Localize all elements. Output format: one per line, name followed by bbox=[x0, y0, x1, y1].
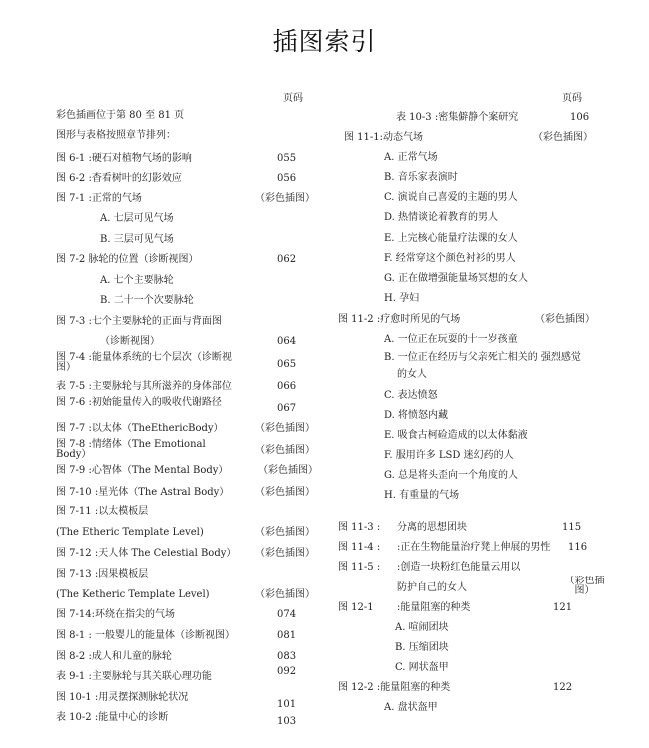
entry-page: （彩色插图） bbox=[255, 527, 315, 539]
entry-page: 066 bbox=[277, 381, 296, 393]
entry-page: 106 bbox=[570, 112, 589, 124]
entry-sub-label: C. 网状盔甲 bbox=[395, 662, 449, 674]
entry-sub-label: B. 一位正在经历与父亲死亡相关的 强烈感觉 bbox=[384, 352, 581, 364]
entry-page: 092 bbox=[277, 666, 296, 678]
entry-sub-label: 的女人 bbox=[397, 369, 427, 381]
entry-page: （彩色插图） bbox=[255, 193, 315, 205]
entry-sub-label: C. 演说自己喜爱的主题的男人 bbox=[384, 192, 518, 204]
entry-label: 图 11-2 :疗愈时所见的气场 bbox=[338, 314, 460, 326]
entry-sub-label: G. 总是将头歪向一个角度的人 bbox=[384, 470, 518, 482]
entry-sub-label: G. 正在做增强能量场冥想的女人 bbox=[384, 273, 528, 285]
entry-page: （彩色插图） bbox=[258, 465, 318, 477]
entry-label: (The Ketheric Template Level) bbox=[56, 589, 210, 601]
entry-page: 074 bbox=[277, 609, 296, 621]
entry-page: 081 bbox=[277, 630, 296, 642]
entry-page: 083 bbox=[277, 651, 296, 663]
entry-sub-label: B. 音乐家表演时 bbox=[384, 172, 458, 184]
entry-sub-label: A. 七层可见气场 bbox=[100, 213, 174, 225]
entry-label: 图 7-14:环绕在指尖的气场 bbox=[56, 609, 175, 621]
entry-label: 图 7-13 :因果模板层 bbox=[56, 569, 148, 581]
entry-page: （彩色插图） bbox=[255, 548, 315, 560]
entry-desc: :能量阻塞的种类 bbox=[397, 602, 470, 614]
entry-label: 图 7-9 :心智体（The Mental Body） bbox=[56, 465, 228, 477]
entry-page: （彩色插图） bbox=[255, 445, 315, 457]
entry-label: 图 7-10 :星光体（The Astral Body） bbox=[56, 487, 229, 499]
entry-sub-label: F. 服用许多 LSD 迷幻药的人 bbox=[384, 450, 514, 462]
intro-order-note: 图形与表格按照章节排列： bbox=[56, 130, 176, 142]
entry-sub-label: A. 盘状盔甲 bbox=[384, 702, 438, 714]
entry-label: 图 10-1 :用灵摆探测脉轮状况 bbox=[56, 692, 188, 704]
entry-page: （彩色插图） bbox=[533, 132, 593, 144]
entry-page: （彩色插图） bbox=[535, 314, 595, 326]
entry-label: 图 7-2 脉轮的位置（诊断视图） bbox=[56, 254, 198, 266]
entry-page: 103 bbox=[277, 716, 296, 728]
entry-label: 图 6-2 :杳看树叶的幻影效应 bbox=[56, 173, 182, 185]
entry-sub-label: E. 吸食古柯硷造成的以太体黏液 bbox=[384, 430, 528, 442]
entry-page: 067 bbox=[277, 403, 296, 415]
entry-page: 064 bbox=[277, 336, 296, 348]
entry-label: 图 11-3 : bbox=[338, 522, 380, 534]
page-title: 插图索引 bbox=[0, 22, 649, 58]
entry-page: 115 bbox=[562, 522, 581, 534]
entry-label: 表 10-3 :密集僻静个案研究 bbox=[396, 112, 518, 124]
entry-page: 062 bbox=[277, 254, 296, 266]
entry-sub-label: （诊断视图） bbox=[100, 336, 160, 348]
entry-label: 图 7-1 :正常的气场 bbox=[56, 193, 142, 205]
entry-sub-label: A. 正常气场 bbox=[384, 152, 438, 164]
entry-page: （彩色插图） bbox=[560, 576, 609, 596]
entry-sub-label: D. 将愤怒内藏 bbox=[384, 410, 448, 422]
entry-label: 图 6-1 :硬石对植物气场的影响 bbox=[56, 153, 192, 165]
entry-sub-label: A. 一位正在玩耍的十一岁孩童 bbox=[384, 334, 518, 346]
entry-label: 图 7-7 :以太体（TheEthericBody） bbox=[56, 423, 224, 435]
entry-sub-label: A. 七个主要脉轮 bbox=[100, 275, 174, 287]
entry-sub-label: H. 有重量的气场 bbox=[384, 490, 459, 502]
entry-sub-label: A. 喧闹团块 bbox=[395, 622, 449, 634]
entry-label: 图 12-2 :能量阻塞的种类 bbox=[338, 682, 450, 694]
entry-sub-label: C. 表达愤怒 bbox=[384, 390, 438, 402]
entry-label: 图 11-1:动态气场 bbox=[344, 132, 423, 144]
entry-label: 表 9-1 :主要脉轮与其关联心理功能 bbox=[56, 671, 212, 683]
entry-sub-label: B. 压缩团块 bbox=[395, 642, 449, 654]
entry-page: （彩色插图） bbox=[255, 589, 315, 601]
entry-label: 表 7-5 :主要脉轮与其所滋养的身体部位 bbox=[56, 381, 232, 393]
entry-sub-label: E. 上完核心能量疗法课的女人 bbox=[384, 233, 518, 245]
entry-label: 图 11-4 : bbox=[338, 542, 380, 554]
entry-sub-label: D. 热情谈论着教育的男人 bbox=[384, 212, 498, 224]
intro-note: 彩色插画位于第 80 至 81 页 bbox=[56, 110, 184, 122]
entry-label: 图 7-8 :情绪体（The Emotional Body） bbox=[56, 440, 226, 460]
page-column-header-left: 页码 bbox=[283, 93, 303, 105]
entry-label: 图 8-2 :成人和儿童的脉轮 bbox=[56, 651, 172, 663]
entry-desc: 分离的思想团块 bbox=[397, 522, 467, 534]
entry-label: 图 7-3 :七个主要脉轮的正面与背面图 bbox=[56, 316, 222, 328]
page-column-header-right: 页码 bbox=[562, 93, 582, 105]
entry-label: 图 8-1 : 一般婴儿的能量体（诊断视图） bbox=[56, 630, 235, 642]
entry-page: 101 bbox=[277, 699, 296, 711]
entry-label: 图 7-12 :天人体 The Celestial Body） bbox=[56, 548, 236, 560]
entry-page: （彩色插图） bbox=[255, 423, 315, 435]
entry-page: 122 bbox=[553, 682, 572, 694]
entry-sub-label: F. 经常穿这个颜色衬衫的男人 bbox=[384, 253, 516, 265]
entry-label: 图 11-5 : bbox=[338, 562, 380, 574]
entry-label: (The Etheric Template Level) bbox=[56, 527, 204, 539]
entry-page: 121 bbox=[553, 602, 572, 614]
entry-desc: 防护自己的女人 bbox=[397, 582, 467, 594]
entry-sub-label: H. 孕妇 bbox=[384, 293, 419, 305]
entry-page: 056 bbox=[277, 173, 296, 185]
entry-label: 图 12-1 bbox=[338, 602, 374, 614]
entry-page: 065 bbox=[277, 359, 296, 371]
entry-sub-label: B. 三层可见气场 bbox=[100, 234, 174, 246]
entry-label: 图 7-6 :初始能量传入的吸收代谢路径 bbox=[56, 398, 226, 408]
entry-page: 055 bbox=[277, 153, 296, 165]
entry-desc: :正在生物能量治疗凳上伸展的男性 bbox=[397, 542, 550, 554]
entry-label: 表 10-2 :能量中心的诊断 bbox=[56, 712, 168, 724]
entry-desc: :创造一块粉红色能量云用以 bbox=[397, 562, 520, 574]
entry-sub-label: B. 二十一个次要脉轮 bbox=[100, 295, 194, 307]
entry-page: （彩色插图） bbox=[255, 487, 315, 499]
entry-page: 116 bbox=[568, 542, 587, 554]
entry-label: 图 7-11 :以太模板层 bbox=[56, 506, 148, 518]
entry-label: 图 7-4 :能量体系统的七个层次（诊断视图） bbox=[56, 353, 246, 373]
